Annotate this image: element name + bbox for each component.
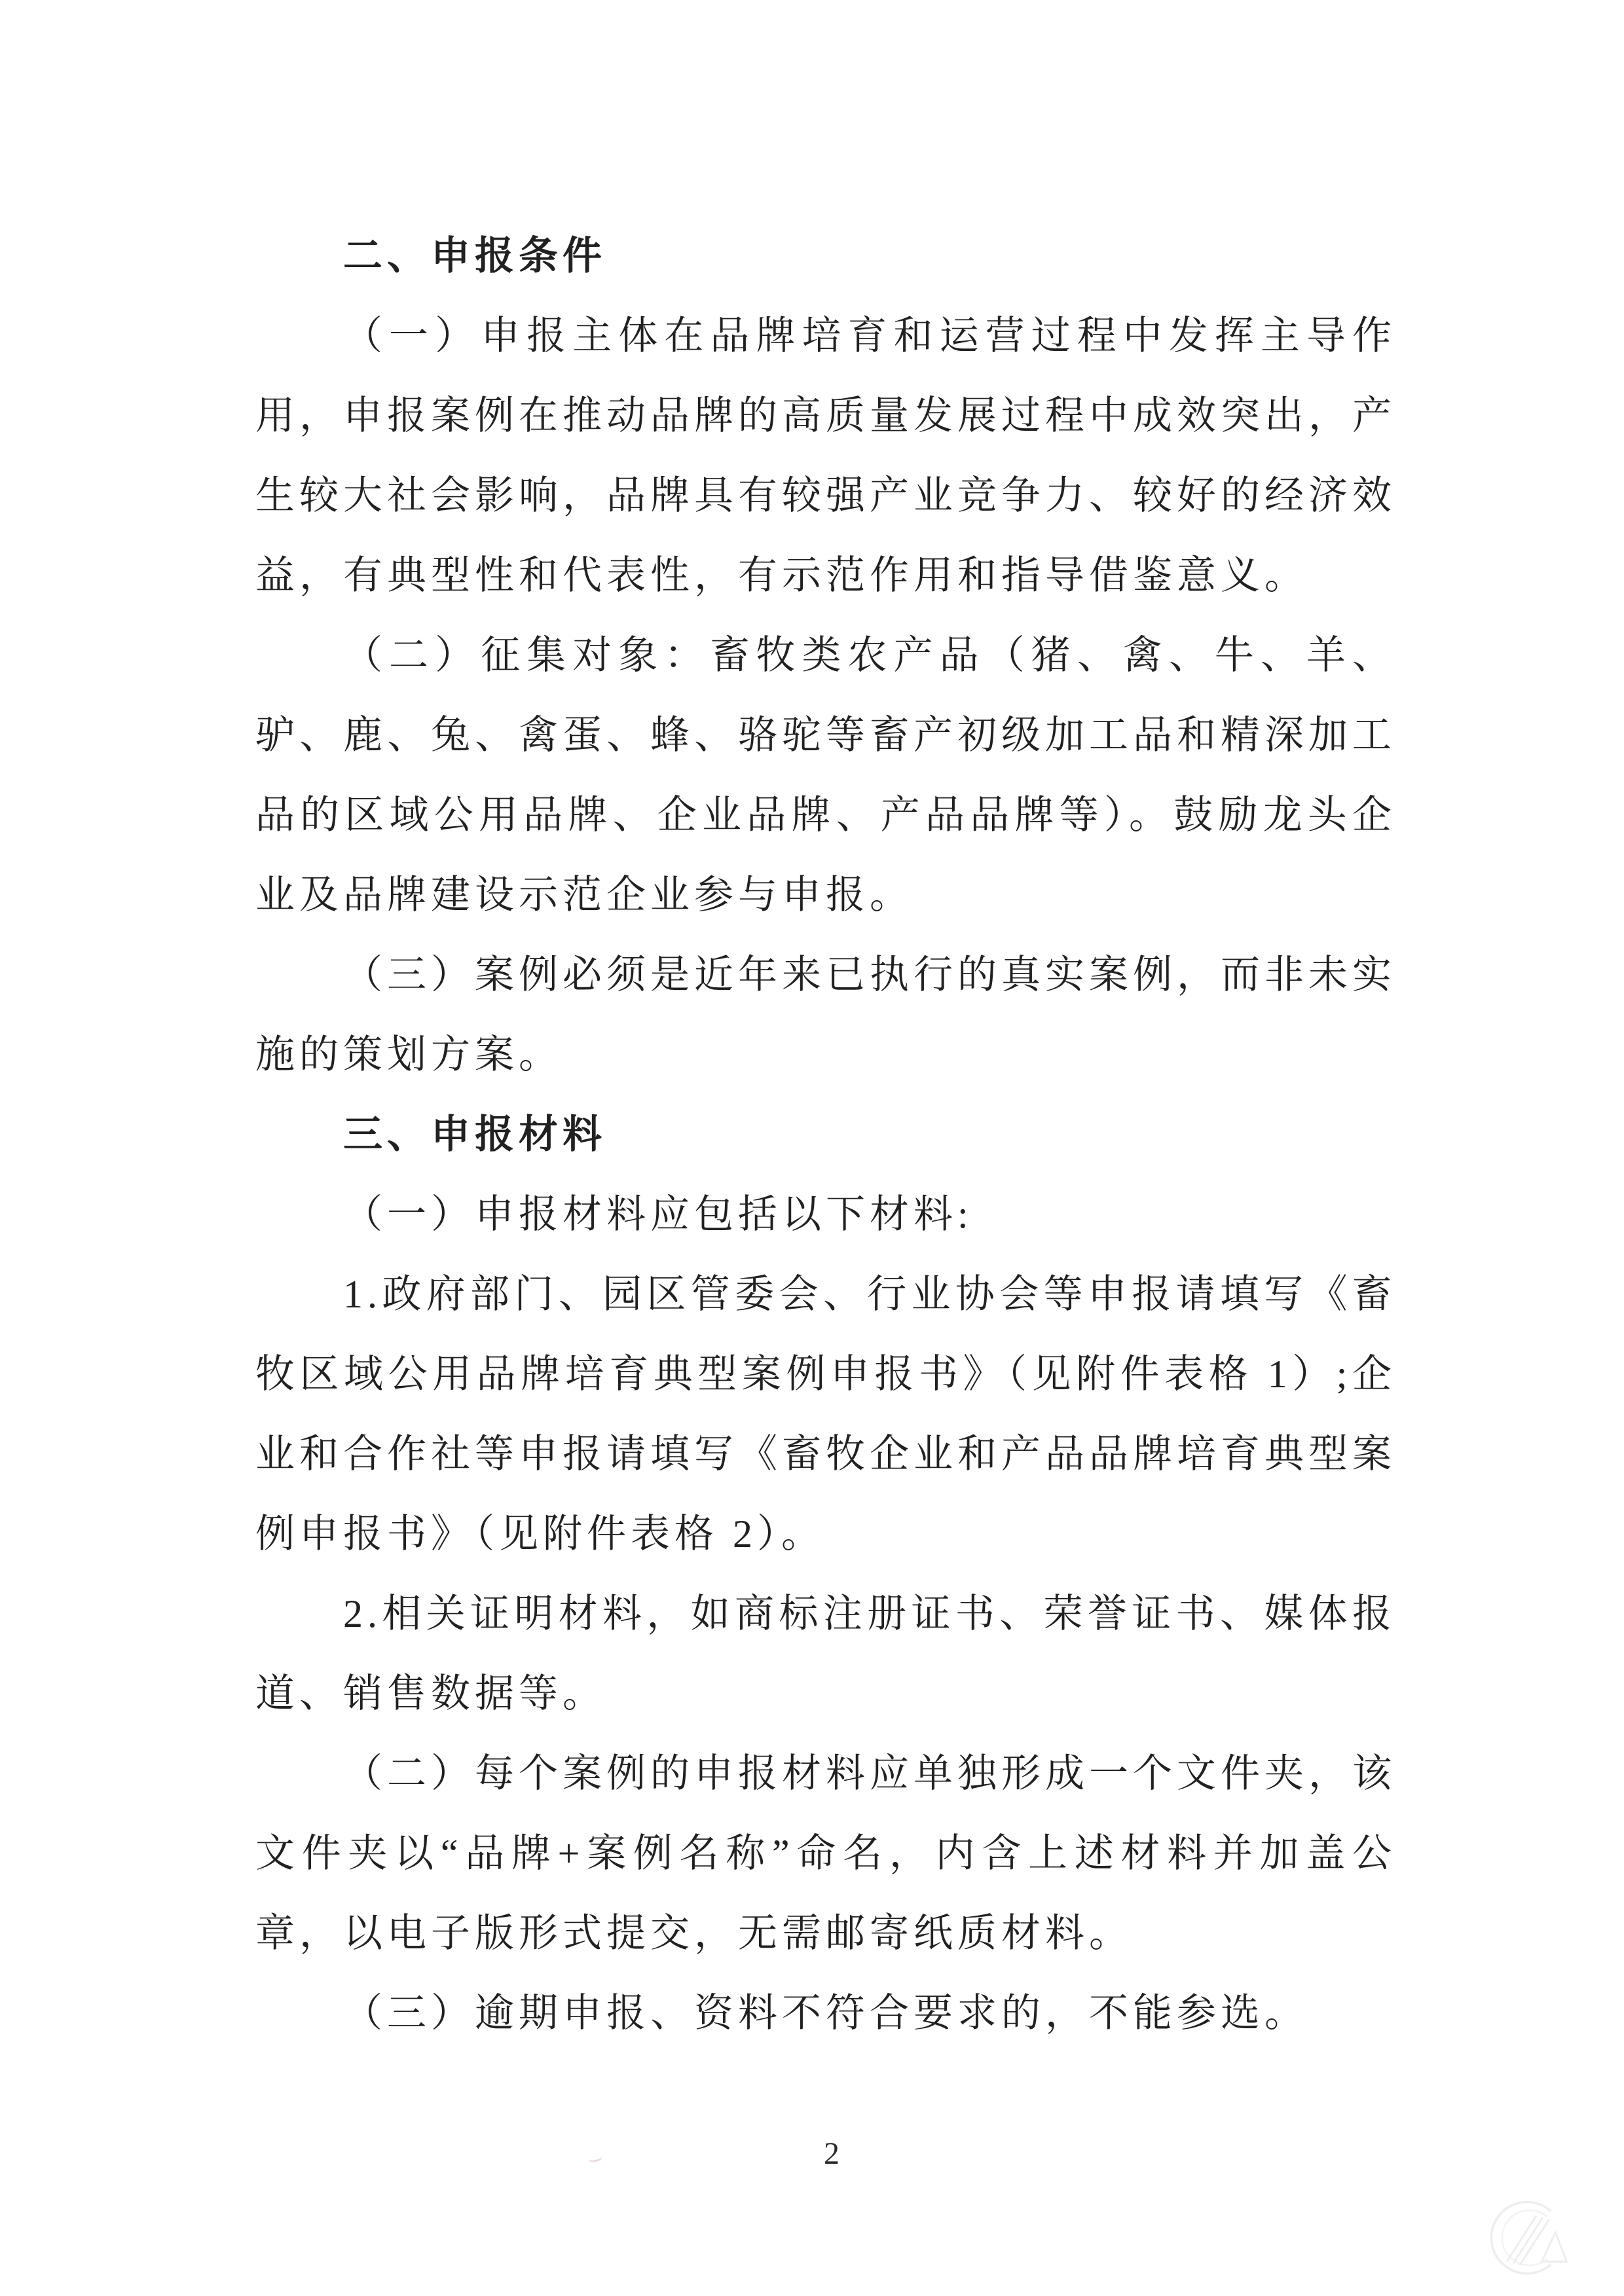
document-page: 二、申报条件 （一）申报主体在品牌培育和运营过程中发挥主导作用，申报案例在推动品… <box>0 0 1624 2296</box>
paragraph-condition-3: （三）案例必须是近年来已执行的真实案例，而非未实施的策划方案。 <box>255 935 1396 1095</box>
paragraph-materials-folder-rule: （二）每个案例的申报材料应单独形成一个文件夹，该文件夹以“品牌+案例名称”命名，… <box>255 1734 1396 1973</box>
section-heading-application-materials: 三、申报材料 <box>255 1095 1396 1175</box>
paragraph-materials-item-2: 2.相关证明材料，如商标注册证书、荣誉证书、媒体报道、销售数据等。 <box>255 1574 1396 1734</box>
paragraph-condition-2: （二）征集对象：畜牧类农产品（猪、禽、牛、羊、驴、鹿、兔、禽蛋、蜂、骆驼等畜产初… <box>255 615 1396 935</box>
section-heading-application-conditions: 二、申报条件 <box>255 216 1396 296</box>
paragraph-materials-deadline-rule: （三）逾期申报、资料不符合要求的，不能参选。 <box>255 1973 1396 2053</box>
scan-artifact-mark <box>587 2154 603 2163</box>
paragraph-materials-intro: （一）申报材料应包括以下材料: <box>255 1175 1396 1254</box>
paragraph-condition-1: （一）申报主体在品牌培育和运营过程中发挥主导作用，申报案例在推动品牌的高质量发展… <box>255 296 1396 615</box>
document-body: 二、申报条件 （一）申报主体在品牌培育和运营过程中发挥主导作用，申报案例在推动品… <box>255 216 1396 2053</box>
page-number: 2 <box>792 2136 871 2172</box>
paragraph-materials-item-1: 1.政府部门、园区管委会、行业协会等申报请填写《畜牧区域公用品牌培育典型案例申报… <box>255 1254 1396 1574</box>
circular-logo-watermark-icon <box>1481 2192 1573 2284</box>
